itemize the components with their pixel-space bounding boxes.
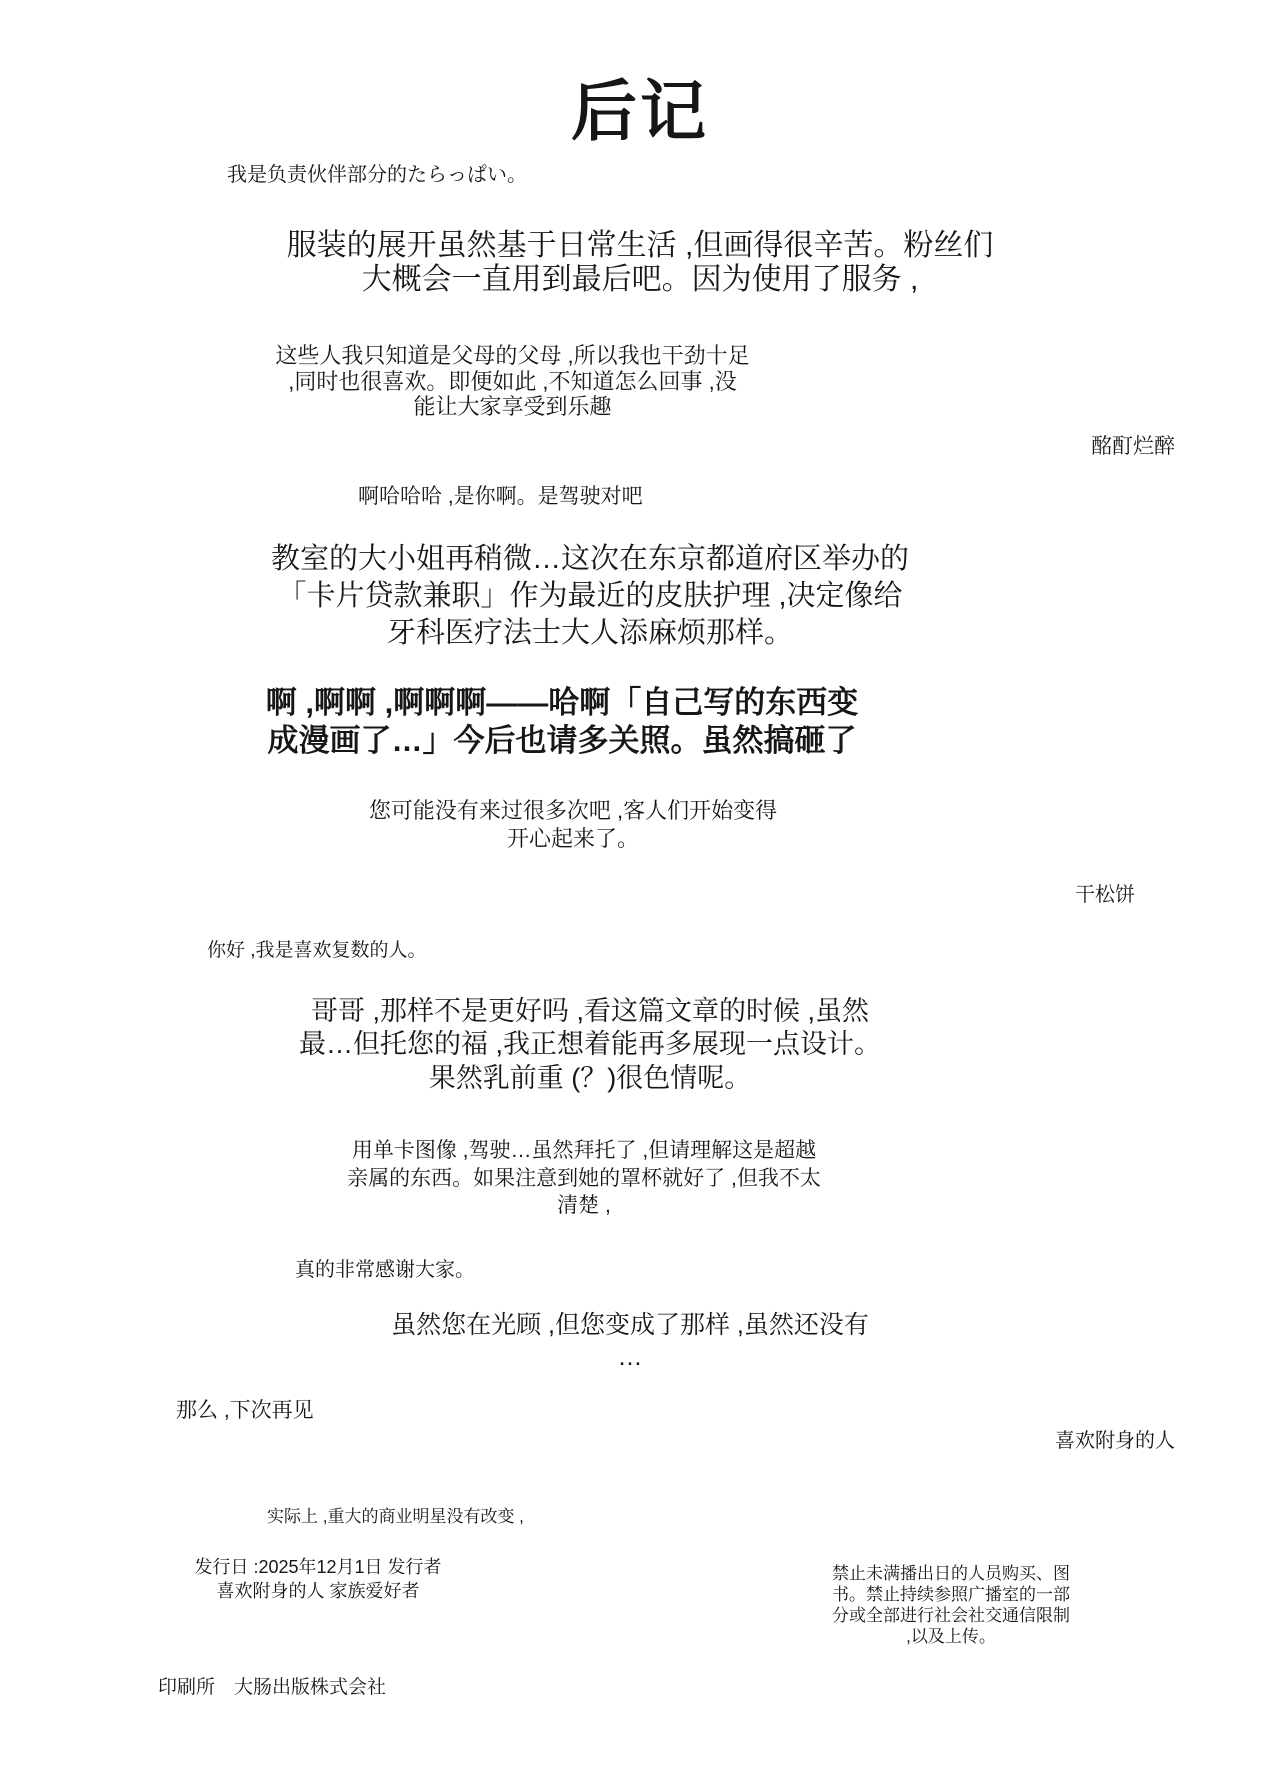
paragraph-brother: 哥哥 ,那样不是更好吗 ,看这篇文章的时候 ,虽然 最…但托您的福 ,我正想着能…: [215, 995, 965, 1095]
line-ahaha: 啊哈哈哈 ,是你啊。是驾驶对吧: [358, 480, 643, 510]
afterword-page: 后记 我是负责伙伴部分的たらっぱい。 服装的展开虽然基于日常生活 ,但画得很辛苦…: [0, 0, 1280, 1791]
paragraph-line: 服装的展开虽然基于日常生活 ,但画得很辛苦。粉丝们: [240, 229, 1040, 263]
notice-line: 禁止未满播出日的人员购买、图: [790, 1563, 1112, 1584]
paragraph-line: 成漫画了…」今后也请多关照。虽然搞砸了: [158, 722, 966, 760]
paragraph-exclamation: 啊 ,啊啊 ,啊啊啊——哈啊「自己写的东西变 成漫画了…」今后也请多关照。虽然搞…: [158, 684, 966, 760]
publisher-line: 喜欢附身的人 家族爱好者: [168, 1580, 468, 1604]
line-actually: 实际上 ,重大的商业明星没有改变 ,: [267, 1502, 524, 1527]
signature-possession: 喜欢附身的人: [975, 1424, 1175, 1453]
paragraph-line: 牙科医疗法士大人添麻烦那样。: [190, 615, 990, 652]
paragraph-costume: 服装的展开虽然基于日常生活 ,但画得很辛苦。粉丝们 大概会一直用到最后吧。因为使…: [240, 229, 1040, 296]
paragraph-line: 用单卡图像 ,驾驶…虽然拜托了 ,但请理解这是超越: [259, 1137, 909, 1165]
page-title: 后记: [0, 58, 1280, 153]
paragraph-line: 清楚 ,: [259, 1192, 909, 1220]
paragraph-line: 最…但托您的福 ,我正想着能再多展现一点设计。: [215, 1028, 965, 1061]
notice-line: 分或全部进行社会社交通信限制: [790, 1605, 1112, 1626]
printer-info: 印刷所 大肠出版株式会社: [158, 1672, 386, 1699]
paragraph-line: 果然乳前重 (？)很色情呢。: [215, 1062, 965, 1095]
paragraph-line: 啊 ,啊啊 ,啊啊啊——哈啊「自己写的东西变: [158, 684, 966, 722]
signature-drunk: 酩酊烂醉: [975, 430, 1175, 460]
colophon-legal-notice: 禁止未满播出日的人员购买、图 书。禁止持续参照广播室的一部 分或全部进行社会社交…: [790, 1563, 1112, 1647]
paragraph-line: 教室的大小姐再稍微…这次在东京都道府区举办的: [190, 541, 990, 578]
paragraph-line: 「卡片贷款兼职」作为最近的皮肤护理 ,决定像给: [190, 578, 990, 615]
line-goodbye: 那么 ,下次再见: [176, 1394, 314, 1424]
paragraph-line: 开心起来了。: [273, 825, 873, 853]
paragraph-line: …: [280, 1342, 980, 1374]
paragraph-line: 大概会一直用到最后吧。因为使用了服务 ,: [240, 263, 1040, 297]
paragraph-line: 哥哥 ,那样不是更好吗 ,看这篇文章的时候 ,虽然: [215, 995, 965, 1028]
notice-line: 书。禁止持续参照广播室的一部: [790, 1584, 1112, 1605]
publish-date-line: 发行日 :2025年12月1日 发行者: [168, 1556, 468, 1580]
paragraph-line: 这些人我只知道是父母的父母 ,所以我也干劲十足: [180, 343, 845, 369]
line-thanks: 真的非常感谢大家。: [295, 1253, 475, 1282]
paragraph-card: 用单卡图像 ,驾驶…虽然拜托了 ,但请理解这是超越 亲属的东西。如果注意到她的罩…: [259, 1137, 909, 1220]
notice-line: ,以及上传。: [790, 1626, 1112, 1647]
line-hello: 你好 ,我是喜欢复数的人。: [207, 935, 427, 962]
colophon-publish-info: 发行日 :2025年12月1日 发行者 喜欢附身的人 家族爱好者: [168, 1556, 468, 1604]
paragraph-line: ,同时也很喜欢。即便如此 ,不知道怎么回事 ,没: [180, 369, 845, 395]
intro-line: 我是负责伙伴部分的たらっぱい。: [227, 158, 527, 187]
paragraph-line: 能让大家享受到乐趣: [180, 394, 845, 420]
paragraph-patron: 虽然您在光顾 ,但您变成了那样 ,虽然还没有 …: [280, 1310, 980, 1373]
paragraph-parents: 这些人我只知道是父母的父母 ,所以我也干劲十足 ,同时也很喜欢。即便如此 ,不知…: [180, 343, 845, 420]
paragraph-line: 亲属的东西。如果注意到她的罩杯就好了 ,但我不太: [259, 1165, 909, 1193]
paragraph-classroom: 教室的大小姐再稍微…这次在东京都道府区举办的 「卡片贷款兼职」作为最近的皮肤护理…: [190, 541, 990, 652]
paragraph-line: 虽然您在光顾 ,但您变成了那样 ,虽然还没有: [280, 1310, 980, 1342]
signature-pancake: 干松饼: [935, 878, 1135, 907]
paragraph-visits: 您可能没有来过很多次吧 ,客人们开始变得 开心起来了。: [273, 797, 873, 853]
paragraph-line: 您可能没有来过很多次吧 ,客人们开始变得: [273, 797, 873, 825]
